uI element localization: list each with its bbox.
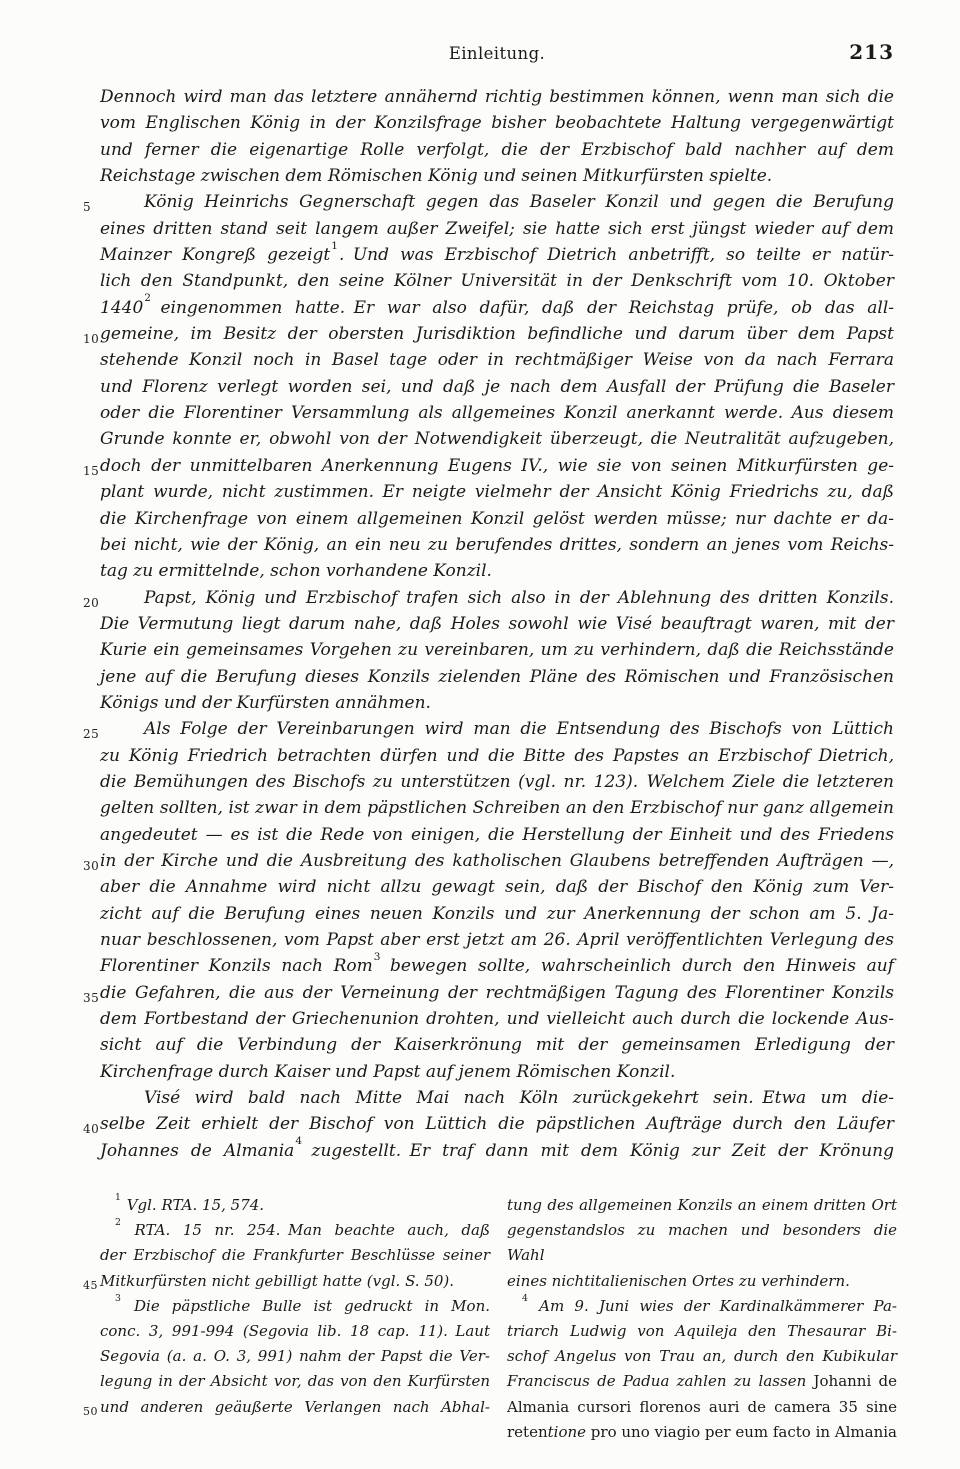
text-segment: oder die Florentiner Versammlung als all…	[100, 403, 894, 423]
text-segment: und anderen geäußerte Verlangen nach Abh…	[100, 1398, 490, 1416]
text-line: 25Als Folge der Vereinbarungen wird man …	[100, 716, 894, 742]
text-segment: Kurie ein gemeinsames Vorgehen zu verein…	[100, 640, 894, 660]
text-segment: Dennoch wird man das letztere annähernd …	[100, 87, 894, 107]
text-segment: Franciscus de Padua zahlen zu lassen	[507, 1372, 814, 1390]
text-line: Florentiner Konzils nach Rom3 bewegen so…	[100, 953, 894, 979]
text-segment: und Florenz verlegt worden sei, und daß …	[100, 377, 894, 397]
text-line: Segovia (a. a. O. 3, 991) nahm der Papst…	[100, 1344, 490, 1369]
text-segment: die Bemühungen des Bischofs zu unterstüt…	[100, 772, 894, 792]
text-segment: tag zu ermittelnde, schon vorhandene Kon…	[100, 561, 492, 581]
text-line: Almania cursori florenos auri de camera …	[507, 1395, 897, 1420]
text-line: 45Mitkurfürsten nicht gebilligt hatte (v…	[100, 1269, 490, 1294]
text-segment: der Erzbischof die Frankfurter Beschlüss…	[100, 1246, 490, 1264]
text-line: 35die Gefahren, die aus der Verneinung d…	[100, 980, 894, 1006]
footnote-column-left: 1 Vgl. RTA. 15, 574.2 RTA. 15 nr. 254. M…	[100, 1193, 490, 1445]
text-segment: zugestellt. Er traf dann mit dem König z…	[303, 1141, 894, 1161]
text-segment: und ferner die eigenartige Rolle verfolg…	[100, 140, 894, 160]
text-line: 14402 eingenommen hatte. Er war also daf…	[100, 295, 894, 321]
text-line: 20Papst, König und Erzbischof trafen sic…	[100, 585, 894, 611]
text-segment: bei nicht, wie der König, an ein neu zu …	[100, 535, 894, 555]
text-line: 50und anderen geäußerte Verlangen nach A…	[100, 1395, 490, 1420]
text-line: zicht auf die Berufung eines neuen Konzi…	[100, 901, 894, 927]
text-segment: zicht auf die Berufung eines neuen Konzi…	[100, 904, 894, 924]
text-line: eines dritten stand seit langem außer Zw…	[100, 216, 894, 242]
text-line: jene auf die Berufung dieses Konzils zie…	[100, 664, 894, 690]
text-line: dem Fortbestand der Griechenunion drohte…	[100, 1006, 894, 1032]
main-text-block: Dennoch wird man das letztere annähernd …	[100, 84, 894, 1164]
latin-roman-text: Johanni de	[814, 1372, 898, 1390]
text-line: zu König Friedrich betrachten dürfen und…	[100, 743, 894, 769]
book-page: Einleitung. 213 Dennoch wird man das let…	[0, 0, 960, 1469]
text-line: Die Vermutung liegt darum nahe, daß Hole…	[100, 611, 894, 637]
text-line: stehende Konzil noch in Basel tage oder …	[100, 347, 894, 373]
text-segment: Vgl. RTA. 15, 574.	[122, 1196, 264, 1214]
margin-line-number: 20	[83, 590, 99, 616]
text-line: 15doch der unmittelbaren Anerkennung Eug…	[100, 453, 894, 479]
text-segment: gegenstandslos zu machen und besonders d…	[507, 1221, 897, 1264]
text-line: tung des allgemeinen Konzils an einem dr…	[507, 1193, 897, 1218]
text-segment: plant wurde, nicht zustimmen. Er neigte …	[100, 482, 894, 502]
text-segment: Visé wird bald nach Mitte Mai nach Köln …	[144, 1088, 894, 1108]
text-segment: 1440	[100, 298, 143, 318]
text-segment: vom Englischen König in der Konzilsfrage…	[100, 113, 894, 133]
text-segment: lich den Standpunkt, den seine Kölner Un…	[100, 271, 894, 291]
footnote-marker: 3	[374, 951, 381, 963]
text-line: Visé wird bald nach Mitte Mai nach Köln …	[100, 1085, 894, 1111]
text-line: Königs und der Kurfürsten annähmen.	[100, 690, 894, 716]
text-segment: Die Vermutung liegt darum nahe, daß Hole…	[100, 614, 894, 634]
margin-line-number: 25	[83, 721, 99, 747]
text-line: der Erzbischof die Frankfurter Beschlüss…	[100, 1243, 490, 1268]
text-line: Johannes de Almania4 zugestellt. Er traf…	[100, 1138, 894, 1164]
text-line: gegenstandslos zu machen und besonders d…	[507, 1218, 897, 1268]
text-line: Reichstage zwischen dem Römischen König …	[100, 163, 894, 189]
text-line: schof Angelus von Trau an, durch den Kub…	[507, 1344, 897, 1369]
text-line: Franciscus de Padua zahlen zu lassen Joh…	[507, 1369, 897, 1394]
footnote-marker: 3	[115, 1293, 121, 1304]
text-line: 1 Vgl. RTA. 15, 574.	[100, 1193, 490, 1218]
text-segment: dem Fortbestand der Griechenunion drohte…	[100, 1009, 894, 1029]
text-line: triarch Ludwig von Aquileja den Thesaura…	[507, 1319, 897, 1344]
margin-line-number: 50	[83, 1399, 98, 1424]
text-segment: eines dritten stand seit langem außer Zw…	[100, 219, 894, 239]
text-line: die Kirchenfrage von einem allgemeinen K…	[100, 506, 894, 532]
footnote-marker: 2	[115, 1217, 121, 1228]
latin-roman-text: reten	[507, 1423, 548, 1441]
latin-roman-text: pro uno viagio per eum facto in Almania	[586, 1423, 897, 1441]
footnote-marker: 4	[295, 1135, 302, 1147]
margin-line-number: 40	[83, 1116, 99, 1142]
text-segment: Am 9. Juni wies der Kardinalkämmerer Pa-	[529, 1297, 897, 1315]
text-segment: legung in der Absicht vor, das von den K…	[100, 1372, 490, 1390]
text-line: Kurie ein gemeinsames Vorgehen zu verein…	[100, 637, 894, 663]
text-line: nuar beschlossenen, vom Papst aber erst …	[100, 927, 894, 953]
text-line: Kirchenfrage durch Kaiser und Papst auf …	[100, 1059, 894, 1085]
running-title: Einleitung.	[100, 44, 894, 63]
text-line: tag zu ermittelnde, schon vorhandene Kon…	[100, 558, 894, 584]
margin-line-number: 15	[83, 458, 99, 484]
text-segment: gelten sollten, ist zwar in dem päpstlic…	[100, 798, 894, 818]
text-segment: gemeine, im Besitz der obersten Jurisdik…	[100, 324, 894, 344]
text-segment: Mitkurfürsten nicht gebilligt hatte (vgl…	[100, 1272, 454, 1290]
footnote-marker: 1	[115, 1192, 121, 1203]
footnotes-section: 1 Vgl. RTA. 15, 574.2 RTA. 15 nr. 254. M…	[100, 1193, 897, 1445]
text-line: vom Englischen König in der Konzilsfrage…	[100, 110, 894, 136]
text-line: lich den Standpunkt, den seine Kölner Un…	[100, 268, 894, 294]
text-line: 5König Heinrichs Gegnerschaft gegen das …	[100, 189, 894, 215]
text-line: angedeutet — es ist die Rede von einigen…	[100, 822, 894, 848]
text-line: 2 RTA. 15 nr. 254. Man beachte auch, daß	[100, 1218, 490, 1243]
text-segment: Mainzer Kongreß gezeigt	[100, 245, 330, 265]
text-line: eines nichtitalienischen Ortes zu verhin…	[507, 1269, 897, 1294]
text-segment: nuar beschlossenen, vom Papst aber erst …	[100, 930, 894, 950]
margin-line-number: 35	[83, 985, 99, 1011]
text-segment: selbe Zeit erhielt der Bischof von Lütti…	[100, 1114, 894, 1134]
text-segment: angedeutet — es ist die Rede von einigen…	[100, 825, 894, 845]
text-segment: Johannes de Almania	[100, 1141, 294, 1161]
text-segment: eines nichtitalienischen Ortes zu verhin…	[507, 1272, 850, 1290]
text-segment: RTA. 15 nr. 254. Man beachte auch, daß	[122, 1221, 490, 1239]
text-segment: Grunde konnte er, obwohl von der Notwend…	[100, 429, 894, 449]
text-line: Mainzer Kongreß gezeigt1. Und was Erzbis…	[100, 242, 894, 268]
text-segment: Kirchenfrage durch Kaiser und Papst auf …	[100, 1062, 675, 1082]
text-line: oder die Florentiner Versammlung als all…	[100, 400, 894, 426]
text-segment: conc. 3, 991-994 (Segovia lib. 18 cap. 1…	[100, 1322, 490, 1340]
text-segment: zu König Friedrich betrachten dürfen und…	[100, 746, 894, 766]
text-segment: Papst, König und Erzbischof trafen sich …	[144, 588, 894, 608]
text-segment: Königs und der Kurfürsten annähmen.	[100, 693, 431, 713]
text-segment: in der Kirche und die Ausbreitung des ka…	[100, 851, 894, 871]
text-line: und Florenz verlegt worden sei, und daß …	[100, 374, 894, 400]
text-segment: tione	[548, 1423, 586, 1441]
text-line: plant wurde, nicht zustimmen. Er neigte …	[100, 479, 894, 505]
text-segment: jene auf die Berufung dieses Konzils zie…	[100, 667, 894, 687]
margin-line-number: 45	[83, 1273, 98, 1298]
text-line: conc. 3, 991-994 (Segovia lib. 18 cap. 1…	[100, 1319, 490, 1344]
text-line: 40selbe Zeit erhielt der Bischof von Lüt…	[100, 1111, 894, 1137]
text-line: retentione pro uno viagio per eum facto …	[507, 1420, 897, 1445]
page-number: 213	[849, 40, 894, 64]
text-line: 30in der Kirche und die Ausbreitung des …	[100, 848, 894, 874]
text-segment: tung des allgemeinen Konzils an einem dr…	[507, 1196, 897, 1214]
text-segment: stehende Konzil noch in Basel tage oder …	[100, 350, 894, 370]
text-line: bei nicht, wie der König, an ein neu zu …	[100, 532, 894, 558]
margin-line-number: 10	[83, 326, 99, 352]
footnote-marker: 2	[144, 292, 151, 304]
text-segment: Segovia (a. a. O. 3, 991) nahm der Papst…	[100, 1347, 490, 1365]
text-segment: die Kirchenfrage von einem allgemeinen K…	[100, 509, 894, 529]
text-segment: doch der unmittelbaren Anerkennung Eugen…	[100, 456, 894, 476]
page-header: Einleitung. 213	[100, 44, 894, 70]
footnote-marker: 4	[522, 1293, 528, 1304]
text-segment: Die päpstliche Bulle ist gedruckt in Mon…	[122, 1297, 490, 1315]
margin-line-number: 30	[83, 853, 99, 879]
margin-line-number: 5	[83, 194, 91, 220]
text-segment: triarch Ludwig von Aquileja den Thesaura…	[507, 1322, 897, 1340]
text-segment: aber die Annahme wird nicht allzu gewagt…	[100, 877, 894, 897]
footnote-marker: 1	[331, 240, 338, 252]
text-line: Dennoch wird man das letztere annähernd …	[100, 84, 894, 110]
text-segment: . Und was Erzbischof Dietrich anbetrifft…	[339, 245, 894, 265]
text-segment: eingenommen hatte. Er war also dafür, da…	[152, 298, 894, 318]
text-segment: Als Folge der Vereinbarungen wird man di…	[144, 719, 894, 739]
text-segment: König Heinrichs Gegnerschaft gegen das B…	[144, 192, 894, 212]
text-line: die Bemühungen des Bischofs zu unterstüt…	[100, 769, 894, 795]
text-line: Grunde konnte er, obwohl von der Notwend…	[100, 426, 894, 452]
text-segment: Florentiner Konzils nach Rom	[100, 956, 373, 976]
text-line: aber die Annahme wird nicht allzu gewagt…	[100, 874, 894, 900]
latin-roman-text: Almania cursori florenos auri de camera …	[507, 1398, 897, 1416]
footnote-column-right: tung des allgemeinen Konzils an einem dr…	[507, 1193, 897, 1445]
text-line: 4 Am 9. Juni wies der Kardinalkämmerer P…	[507, 1294, 897, 1319]
text-line: legung in der Absicht vor, das von den K…	[100, 1369, 490, 1394]
text-segment: schof Angelus von Trau an, durch den Kub…	[507, 1347, 897, 1365]
text-line: gelten sollten, ist zwar in dem päpstlic…	[100, 795, 894, 821]
text-segment: Reichstage zwischen dem Römischen König …	[100, 166, 772, 186]
text-segment: bewegen sollte, wahrscheinlich durch den…	[381, 956, 894, 976]
text-line: und ferner die eigenartige Rolle verfolg…	[100, 137, 894, 163]
text-line: 3 Die päpstliche Bulle ist gedruckt in M…	[100, 1294, 490, 1319]
text-segment: sicht auf die Verbindung der Kaiserkrönu…	[100, 1035, 894, 1055]
text-line: sicht auf die Verbindung der Kaiserkrönu…	[100, 1032, 894, 1058]
text-segment: die Gefahren, die aus der Verneinung der…	[100, 983, 894, 1003]
text-line: 10gemeine, im Besitz der obersten Jurisd…	[100, 321, 894, 347]
